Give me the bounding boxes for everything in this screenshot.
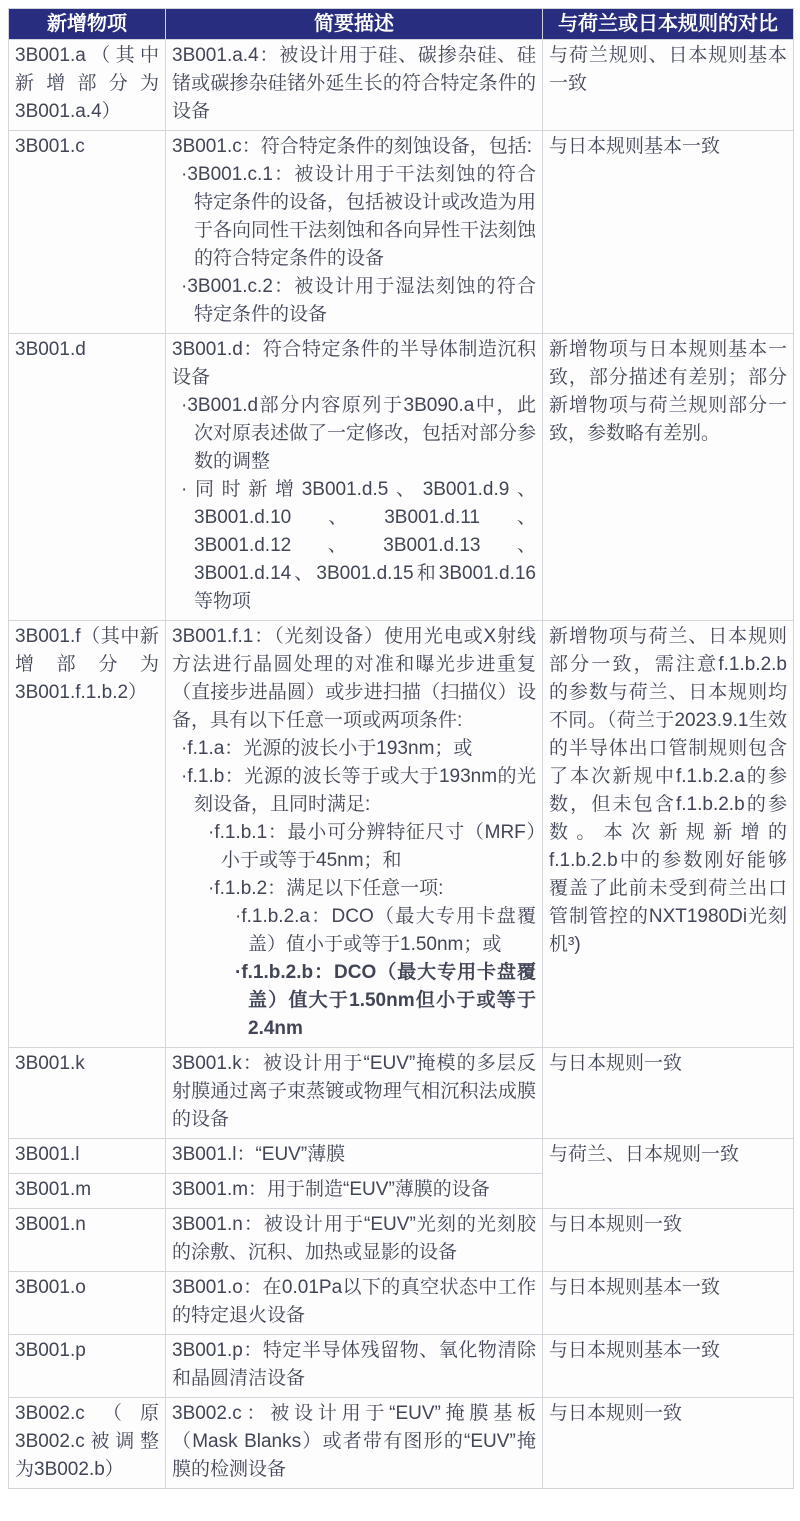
description-cell: 3B001.o：在0.01Pa以下的真空状态中工作的特定退火设备	[166, 1272, 543, 1335]
item-cell: 3B001.c	[9, 131, 166, 334]
item-cell: 3B001.o	[9, 1272, 166, 1335]
header-new-items: 新增物项	[9, 9, 166, 40]
table-row: 3B001.o3B001.o：在0.01Pa以下的真空状态中工作的特定退火设备与…	[9, 1272, 794, 1335]
description-intro: 3B001.l：“EUV”薄膜	[172, 1141, 536, 1169]
description-bullet: ·f.1.b：光源的波长等于或大于193nm的光刻设备，且同时满足:	[172, 763, 536, 819]
description-bullet: ·f.1.b.2：满足以下任意一项:	[172, 875, 536, 903]
description-bullet: ·f.1.b.1：最小可分辨特征尺寸（MRF）小于或等于45nm；和	[172, 819, 536, 875]
item-cell: 3B002.c（原3B002.c被调整为3B002.b）	[9, 1398, 166, 1489]
comparison-cell: 新增物项与荷兰、日本规则部分一致，需注意f.1.b.2.b的参数与荷兰、日本规则…	[543, 621, 794, 1048]
table-row: 3B001.p3B001.p：特定半导体残留物、氧化物清除和晶圆清洁设备与日本规…	[9, 1335, 794, 1398]
comparison-cell: 与日本规则基本一致	[543, 1272, 794, 1335]
comparison-cell: 与日本规则一致	[543, 1209, 794, 1272]
description-cell: 3B001.a.4：被设计用于硅、碳掺杂硅、硅锗或碳掺杂硅锗外延生长的符合特定条…	[166, 40, 543, 131]
table-row: 3B002.c（原3B002.c被调整为3B002.b）3B002.c：被设计用…	[9, 1398, 794, 1489]
description-cell: 3B001.c：符合特定条件的刻蚀设备，包括:·3B001.c.1：被设计用于干…	[166, 131, 543, 334]
description-intro: 3B001.k：被设计用于“EUV”掩模的多层反射膜通过离子束蒸镀或物理气相沉积…	[172, 1050, 536, 1134]
description-bullet: ·f.1.b.2.a：DCO（最大专用卡盘覆盖）值小于或等于1.50nm；或	[172, 903, 536, 959]
table-row: 3B001.d3B001.d：符合特定条件的半导体制造沉积设备·3B001.d部…	[9, 334, 794, 621]
comparison-cell: 与荷兰规则、日本规则基本一致	[543, 40, 794, 131]
description-cell: 3B001.p：特定半导体残留物、氧化物清除和晶圆清洁设备	[166, 1335, 543, 1398]
item-cell: 3B001.a（其中新增部分为3B001.a.4）	[9, 40, 166, 131]
description-intro: 3B001.c：符合特定条件的刻蚀设备，包括:	[172, 133, 536, 161]
comparison-cell: 与日本规则一致	[543, 1048, 794, 1139]
description-cell: 3B001.l：“EUV”薄膜	[166, 1139, 543, 1174]
comparison-cell: 与日本规则一致	[543, 1398, 794, 1489]
description-intro: 3B001.o：在0.01Pa以下的真空状态中工作的特定退火设备	[172, 1274, 536, 1330]
table-header-row: 新增物项 简要描述 与荷兰或日本规则的对比	[9, 9, 794, 40]
comparison-cell: 与荷兰、日本规则一致	[543, 1139, 794, 1209]
item-cell: 3B001.n	[9, 1209, 166, 1272]
item-cell: 3B001.f（其中新增部分为3B001.f.1.b.2）	[9, 621, 166, 1048]
description-bullet: ·f.1.a：光源的波长小于193nm；或	[172, 735, 536, 763]
description-intro: 3B001.m：用于制造“EUV”薄膜的设备	[172, 1176, 536, 1204]
table-row: 3B001.l3B001.l：“EUV”薄膜与荷兰、日本规则一致	[9, 1139, 794, 1174]
description-bullet: ·3B001.d部分内容原列于3B090.a中，此次对原表述做了一定修改，包括对…	[172, 392, 536, 476]
description-intro: 3B001.a.4：被设计用于硅、碳掺杂硅、硅锗或碳掺杂硅锗外延生长的符合特定条…	[172, 42, 536, 126]
description-cell: 3B001.k：被设计用于“EUV”掩模的多层反射膜通过离子束蒸镀或物理气相沉积…	[166, 1048, 543, 1139]
description-cell: 3B001.f.1：（光刻设备）使用光电或X射线方法进行晶圆处理的对准和曝光步进…	[166, 621, 543, 1048]
description-intro: 3B001.p：特定半导体残留物、氧化物清除和晶圆清洁设备	[172, 1337, 536, 1393]
table-row: 3B001.a（其中新增部分为3B001.a.4）3B001.a.4：被设计用于…	[9, 40, 794, 131]
table-body: 3B001.a（其中新增部分为3B001.a.4）3B001.a.4：被设计用于…	[9, 40, 794, 1489]
description-bullet: ·3B001.c.1：被设计用于干法刻蚀的符合特定条件的设备，包括被设计或改造为…	[172, 161, 536, 273]
header-comparison: 与荷兰或日本规则的对比	[543, 9, 794, 40]
header-brief-description: 简要描述	[166, 9, 543, 40]
description-cell: 3B001.n：被设计用于“EUV”光刻的光刻胶的涂敷、沉积、加热或显影的设备	[166, 1209, 543, 1272]
comparison-cell: 与日本规则基本一致	[543, 1335, 794, 1398]
description-intro: 3B001.d：符合特定条件的半导体制造沉积设备	[172, 336, 536, 392]
table-row: 3B001.n3B001.n：被设计用于“EUV”光刻的光刻胶的涂敷、沉积、加热…	[9, 1209, 794, 1272]
table-row: 3B001.k3B001.k：被设计用于“EUV”掩模的多层反射膜通过离子束蒸镀…	[9, 1048, 794, 1139]
item-cell: 3B001.l	[9, 1139, 166, 1174]
item-cell: 3B001.p	[9, 1335, 166, 1398]
item-cell: 3B001.m	[9, 1174, 166, 1209]
item-cell: 3B001.d	[9, 334, 166, 621]
description-bullet: ·3B001.c.2：被设计用于湿法刻蚀的符合特定条件的设备	[172, 273, 536, 329]
description-intro: 3B001.f.1：（光刻设备）使用光电或X射线方法进行晶圆处理的对准和曝光步进…	[172, 623, 536, 735]
description-bullet: ·同时新增3B001.d.5、3B001.d.9、3B001.d.10、3B00…	[172, 476, 536, 616]
table-row: 3B001.c3B001.c：符合特定条件的刻蚀设备，包括:·3B001.c.1…	[9, 131, 794, 334]
description-bullet: ·f.1.b.2.b：DCO（最大专用卡盘覆盖）值大于1.50nm但小于或等于2…	[172, 959, 536, 1043]
comparison-cell: 新增物项与日本规则基本一致，部分描述有差别；部分新增物项与荷兰规则部分一致，参数…	[543, 334, 794, 621]
description-cell: 3B001.d：符合特定条件的半导体制造沉积设备·3B001.d部分内容原列于3…	[166, 334, 543, 621]
description-cell: 3B001.m：用于制造“EUV”薄膜的设备	[166, 1174, 543, 1209]
comparison-table: 新增物项 简要描述 与荷兰或日本规则的对比 3B001.a（其中新增部分为3B0…	[8, 8, 794, 1489]
description-intro: 3B001.n：被设计用于“EUV”光刻的光刻胶的涂敷、沉积、加热或显影的设备	[172, 1211, 536, 1267]
description-intro: 3B002.c：被设计用于“EUV”掩膜基板（Mask Blanks）或者带有图…	[172, 1400, 536, 1484]
description-cell: 3B002.c：被设计用于“EUV”掩膜基板（Mask Blanks）或者带有图…	[166, 1398, 543, 1489]
comparison-cell: 与日本规则基本一致	[543, 131, 794, 334]
item-cell: 3B001.k	[9, 1048, 166, 1139]
page: 新增物项 简要描述 与荷兰或日本规则的对比 3B001.a（其中新增部分为3B0…	[0, 0, 800, 1497]
table-row: 3B001.f（其中新增部分为3B001.f.1.b.2）3B001.f.1：（…	[9, 621, 794, 1048]
